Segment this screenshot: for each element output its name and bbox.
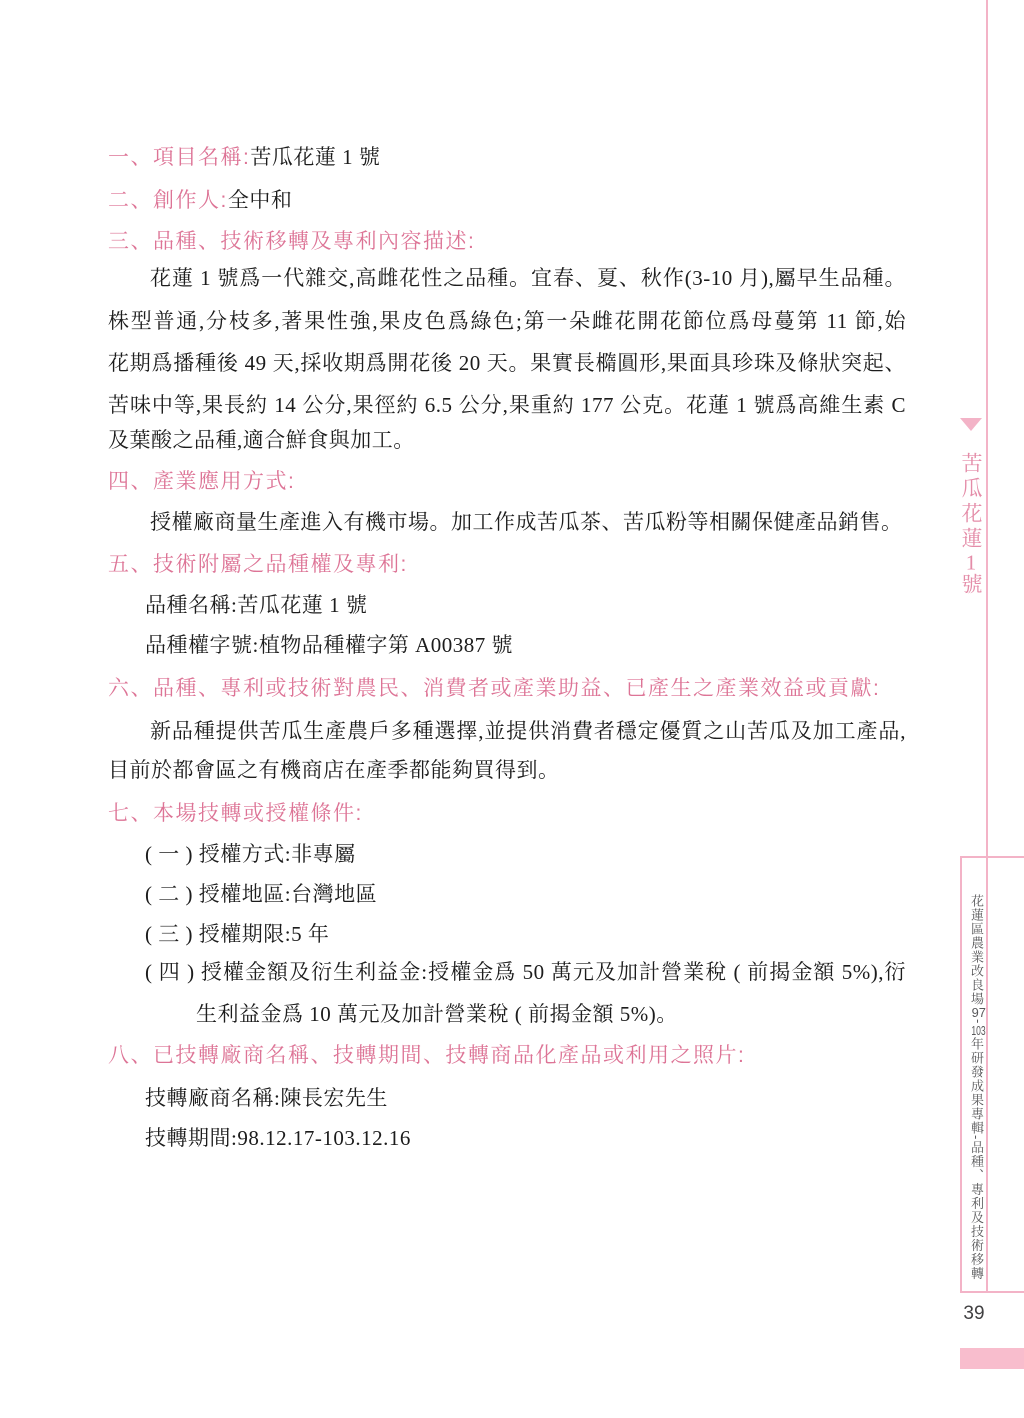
- section-5-item-1: 品種名稱:苦瓜花蓮 1 號: [145, 593, 906, 617]
- page-number: 39: [952, 1303, 996, 1325]
- section-7-item-1: ( 一 ) 授權方式:非專屬: [145, 842, 906, 866]
- chapter-tab-suffix: 號: [959, 573, 983, 598]
- section-3-paragraph-line-2: 株型普通,分枝多,著果性強,果皮色爲綠色;第一朵雌花開花節位爲母蔓第 11 節,…: [108, 309, 906, 333]
- section-8-item-2: 技轉期間:98.12.17-103.12.16: [145, 1126, 906, 1150]
- section-5-item-2: 品種權字號:植物品種權字第 A00387 號: [145, 633, 906, 657]
- chapter-tab-label: 苦瓜花蓮1號: [956, 452, 986, 612]
- section-7-item-2: ( 二 ) 授權地區:台灣地區: [145, 882, 906, 906]
- spine-title-num1: 97: [962, 1006, 986, 1019]
- spine-divider-rule: [986, 858, 988, 1291]
- section-6-heading: 六、品種、專利或技術對農民、消費者或產業助益、已產生之產業效益或貢獻:: [108, 677, 906, 701]
- spine-title-num2: 103: [962, 1024, 986, 1037]
- section-7-item-4-line-2: 生利益金爲 10 萬元及加計營業稅 ( 前揭金額 5%)。: [196, 1002, 906, 1026]
- spine-title-part1: 花蓮區農業改良場: [962, 894, 986, 1006]
- section-6-paragraph-line-2: 目前於都會區之有機商店在產季都能夠買得到。: [108, 758, 906, 782]
- spine-title: 花蓮區農業改良場97-103年研發成果專輯-品種、專利及技術移轉: [962, 858, 986, 1291]
- section-7-item-3: ( 三 ) 授權期限:5 年: [145, 922, 906, 946]
- footer-accent-bar: [960, 1348, 1024, 1369]
- section-3-paragraph-line-3: 花期爲播種後 49 天,採收期爲開花後 20 天。果實長橢圓形,果面具珍珠及條狀…: [108, 351, 906, 375]
- section-8-item-1: 技轉廠商名稱:陳長宏先生: [145, 1086, 906, 1110]
- section-6-paragraph-line-1: 新品種提供苦瓜生產農戶多種選擇,並提供消費者穩定優質之山苦瓜及加工產品,: [108, 719, 906, 743]
- section-3-paragraph-line-5: 及葉酸之品種,適合鮮食與加工。: [108, 428, 906, 452]
- section-3-paragraph-line-1: 花蓮 1 號爲一代雜交,高雌花性之品種。宜春、夏、秋作(3-10 月),屬早生品…: [108, 266, 906, 290]
- section-4-heading: 四、產業應用方式:: [108, 470, 906, 494]
- spine-title-part2: 年研發成果專輯-品種、專利及技術移轉: [962, 1037, 986, 1280]
- section-3-heading: 三、品種、技術移轉及專利內容描述:: [108, 230, 906, 254]
- sidebar-vertical-rule: [986, 0, 988, 856]
- section-4-paragraph: 授權廠商量生產進入有機市場。加工作成苦瓜茶、苦瓜粉等相關保健產品銷售。: [108, 510, 906, 534]
- document-page: 一、項目名稱:苦瓜花蓮 1 號 二、創作人:全中和 三、品種、技術移轉及專利內容…: [0, 0, 1024, 1418]
- section-7-item-4-line-1: ( 四 ) 授權金額及衍生利益金:授權金爲 50 萬元及加計營業稅 ( 前揭金額…: [145, 960, 906, 984]
- section-2-value: 全中和: [228, 188, 293, 212]
- section-1-line: 一、項目名稱:苦瓜花蓮 1 號: [108, 145, 906, 170]
- section-7-heading: 七、本場技轉或授權條件:: [108, 802, 906, 826]
- triangle-down-icon: [960, 418, 982, 431]
- chapter-tab-text: 苦瓜花蓮: [959, 452, 983, 552]
- section-2-heading: 二、創作人:: [108, 189, 228, 212]
- spine-box: 花蓮區農業改良場97-103年研發成果專輯-品種、專利及技術移轉: [960, 856, 1024, 1293]
- section-2-line: 二、創作人:全中和: [108, 188, 906, 213]
- section-3-paragraph-line-4: 苦味中等,果長約 14 公分,果徑約 6.5 公分,果重約 177 公克。花蓮 …: [108, 393, 906, 417]
- section-1-value: 苦瓜花蓮 1 號: [250, 145, 380, 169]
- section-5-heading: 五、技術附屬之品種權及專利:: [108, 553, 906, 577]
- chapter-tab-number: 1: [959, 552, 983, 573]
- section-8-heading: 八、已技轉廠商名稱、技轉期間、技轉商品化產品或利用之照片:: [108, 1044, 906, 1068]
- section-1-heading: 一、項目名稱:: [108, 146, 250, 169]
